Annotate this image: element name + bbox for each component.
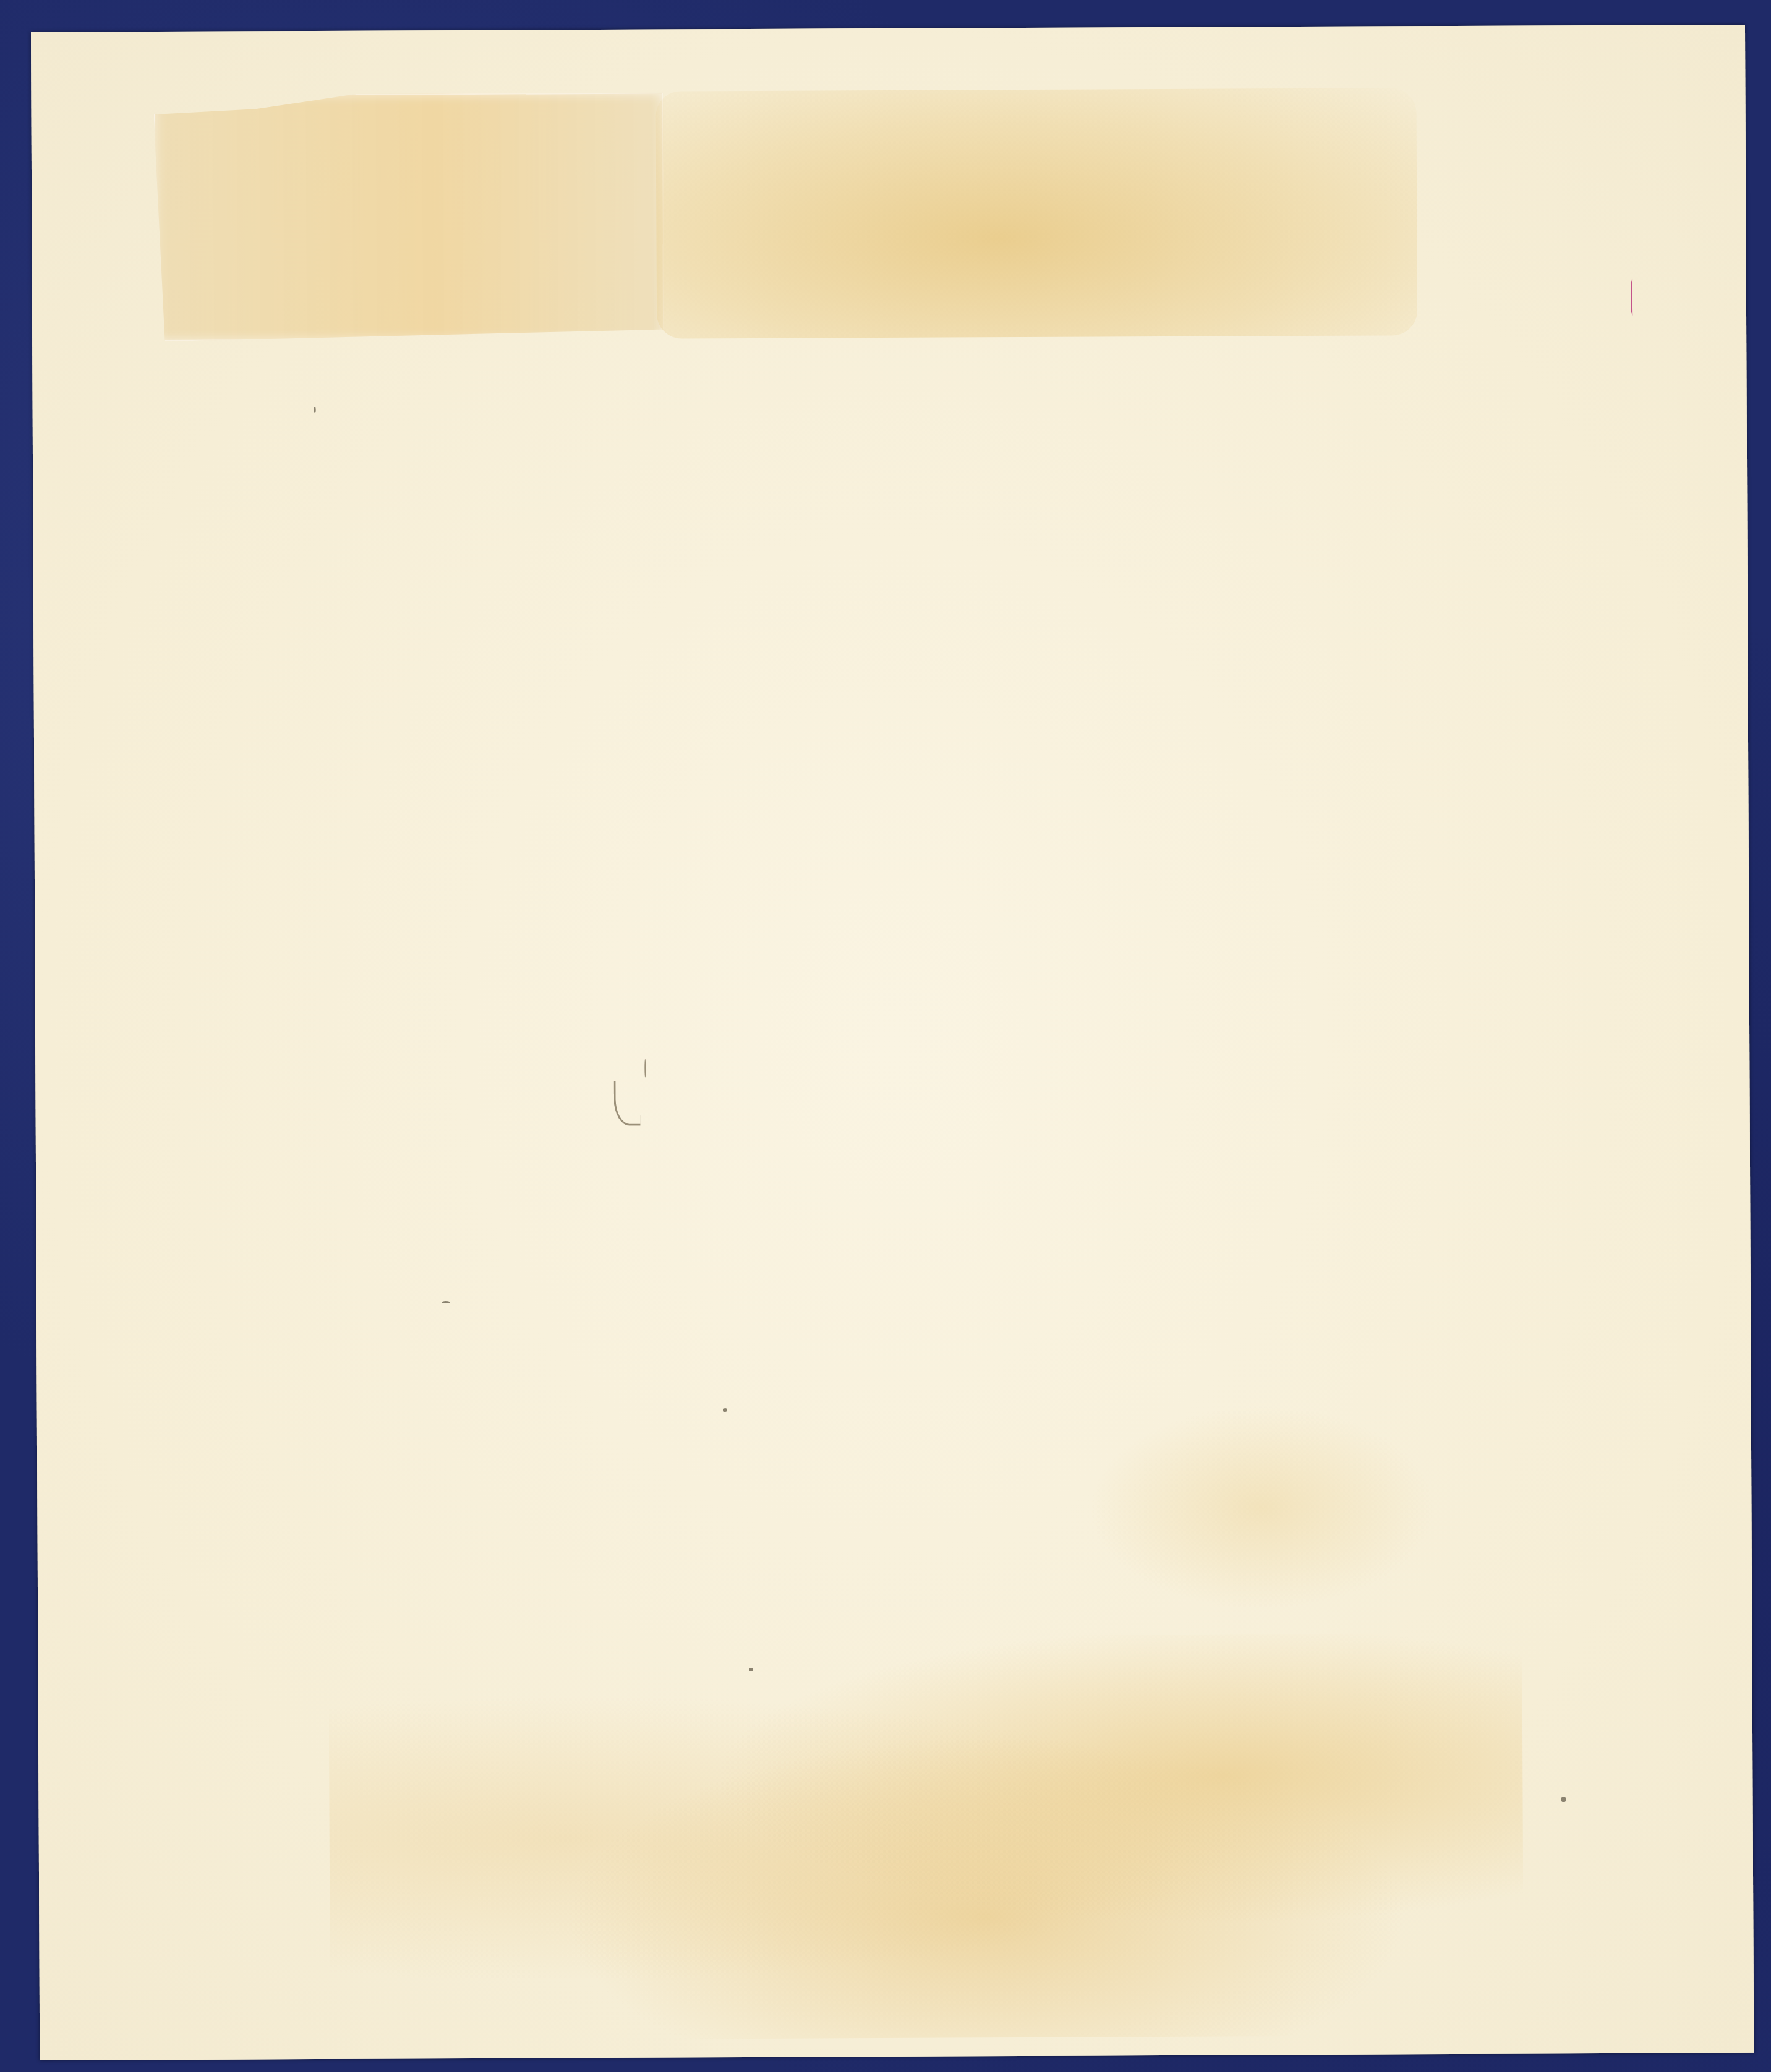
dark-fiber-small	[644, 1059, 646, 1078]
paper-sheet	[31, 25, 1754, 2060]
dot	[1561, 1797, 1566, 1802]
dot	[314, 407, 316, 413]
dot	[442, 1301, 450, 1303]
pink-fiber	[1631, 279, 1636, 316]
tape-residue	[153, 93, 664, 342]
stain-bottom	[328, 1634, 1524, 2040]
stain-middle	[1088, 1405, 1435, 1610]
adhesive-stain-top	[655, 88, 1417, 338]
dot	[749, 1668, 753, 1671]
dot	[723, 1408, 727, 1412]
dark-fiber	[613, 1081, 640, 1126]
